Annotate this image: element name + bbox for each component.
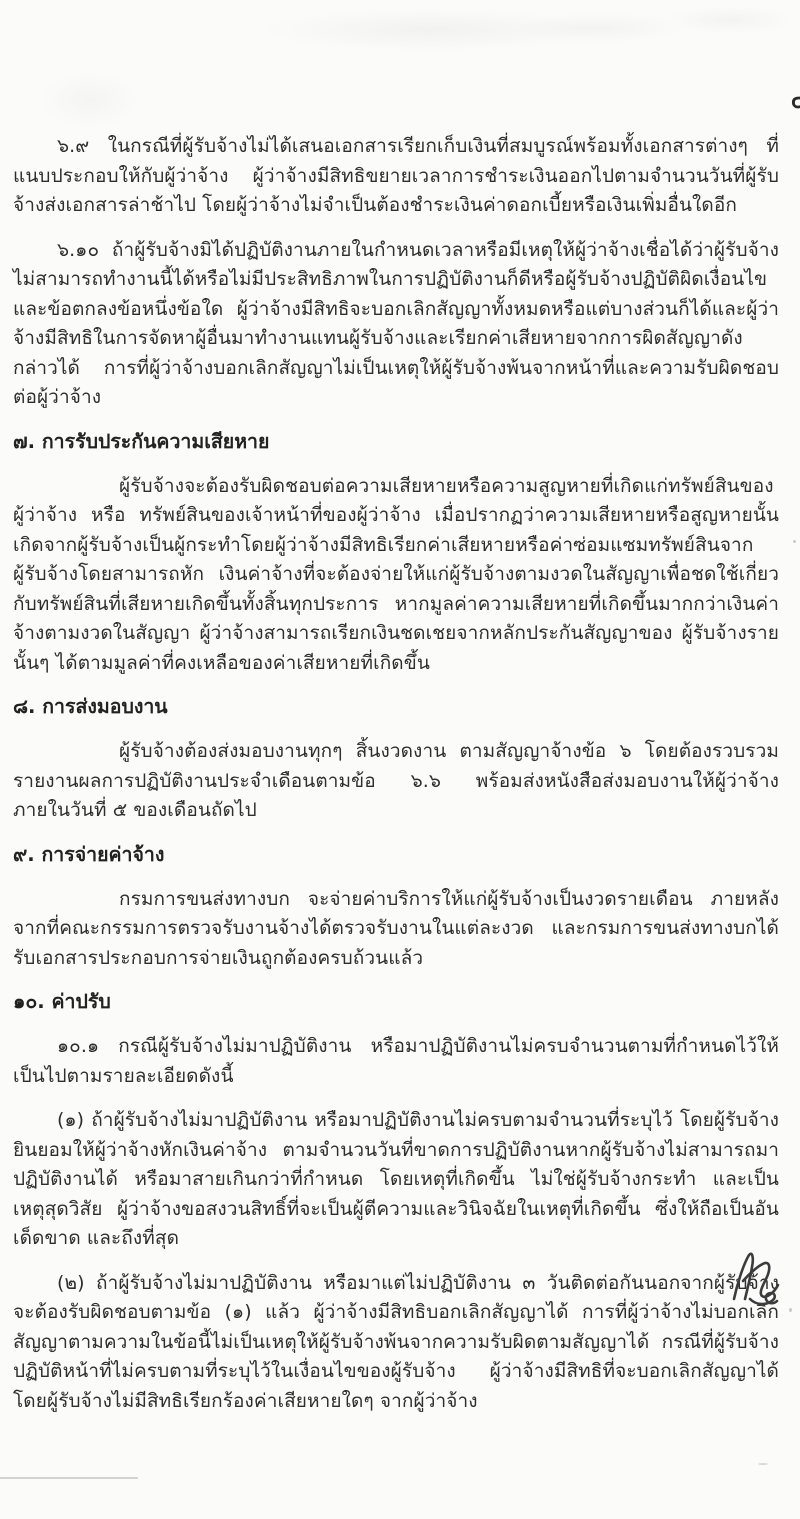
section-9-heading: ๙. การจ่ายค่าจ้าง xyxy=(13,841,779,869)
clause-6-9: ๖.๙ ในกรณีที่ผู้รับจ้างไม่ได้เสนอเอกสารเ… xyxy=(13,132,779,221)
clause-10-1-2: (๒) ถ้าผู้รับจ้างไม่มาปฏิบัติงาน หรือมาแ… xyxy=(13,1269,779,1417)
scan-speck xyxy=(789,1308,792,1312)
scan-speck xyxy=(758,1463,768,1465)
clause-10-1-1: (๑) ถ้าผู้รับจ้างไม่มาปฏิบัติงาน หรือมาป… xyxy=(13,1106,779,1254)
scanned-contract-page: ๔ ๖.๙ ในกรณีที่ผู้รับจ้างไม่ได้เสนอเอกสา… xyxy=(0,0,800,1519)
section-8-heading: ๘. การส่งมอบงาน xyxy=(13,693,779,721)
section-9-body: กรมการขนส่งทางบก จะจ่ายค่าบริการให้แก่ผู… xyxy=(13,885,779,974)
scan-artifact-line xyxy=(0,1477,138,1479)
section-8-body: ผู้รับจ้างต้องส่งมอบงานทุกๆ สิ้นงวดงาน ต… xyxy=(13,737,779,826)
clause-6-10: ๖.๑๐ ถ้าผู้รับจ้างมิได้ปฏิบัติงานภายในกำ… xyxy=(13,236,779,413)
signature-initials xyxy=(726,1243,788,1311)
section-7-body: ผู้รับจ้างจะต้องรับผิดชอบต่อความเสียหายห… xyxy=(13,472,779,679)
document-body: ๖.๙ ในกรณีที่ผู้รับจ้างไม่ได้เสนอเอกสารเ… xyxy=(13,132,779,1431)
page-number: ๔ xyxy=(791,80,800,119)
section-7-heading: ๗. การรับประกันความเสียหาย xyxy=(13,428,779,456)
section-10-heading: ๑๐. ค่าปรับ xyxy=(13,988,779,1016)
scan-speck xyxy=(793,540,796,543)
clause-10-1: ๑๐.๑ กรณีผู้รับจ้างไม่มาปฏิบัติงาน หรือม… xyxy=(13,1032,779,1091)
